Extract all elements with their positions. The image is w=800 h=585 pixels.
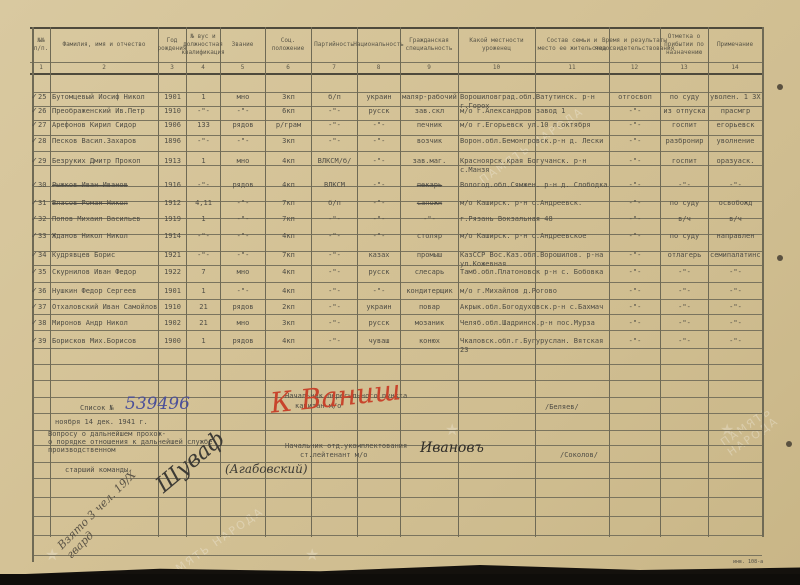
table-cell-social: 7кп xyxy=(267,199,310,208)
table-cell-social: 4кп xyxy=(267,181,310,190)
table-cell-n: 35 xyxy=(38,268,52,277)
table-cell-nat: русск xyxy=(359,319,399,328)
table-cell-med: -"- xyxy=(611,215,659,224)
table-cell-spec: сапожн xyxy=(402,199,457,208)
table-cell-note: в/ч xyxy=(710,215,761,224)
column-header: Звание xyxy=(221,30,264,60)
check-mark-icon: ✓ xyxy=(31,302,38,311)
table-cell-name: Безруких Дмитр Прокоп xyxy=(52,157,157,166)
table-cell-vus: -"- xyxy=(188,251,219,260)
column-line xyxy=(762,27,764,537)
table-cell-n: 26 xyxy=(38,107,52,116)
check-mark-icon: ✓ xyxy=(31,318,38,327)
table-cell-origin: м/о Каширск. р-н с.Андреевск. xyxy=(460,199,608,208)
table-cell-vus: 7 xyxy=(188,268,219,277)
table-cell-year: 1901 xyxy=(160,287,185,296)
table-cell-note: -"- xyxy=(710,268,761,277)
table-cell-year: 1914 xyxy=(160,232,185,241)
table-cell-name: Жданов Никол Никол xyxy=(52,232,157,241)
column-number: 4 xyxy=(187,64,219,71)
table-cell-year: 1896 xyxy=(160,137,185,146)
table-cell-year: 1913 xyxy=(160,157,185,166)
check-mark-icon: ✓ xyxy=(31,336,38,345)
table-cell-nat: русск xyxy=(359,268,399,277)
column-line xyxy=(158,27,159,537)
row-line xyxy=(32,265,762,266)
row-line xyxy=(32,462,762,463)
table-cell-arrival: госпит xyxy=(662,157,707,166)
column-number: 1 xyxy=(33,64,49,71)
table-cell-med: -"- xyxy=(611,251,659,260)
column-header: Партийность xyxy=(312,30,356,60)
table-cell-social: 3кп xyxy=(267,319,310,328)
table-cell-nat: украин xyxy=(359,93,399,102)
table-cell-nat: -"- xyxy=(359,137,399,146)
table-cell-rank: рядов xyxy=(222,337,264,346)
table-cell-n: 37 xyxy=(38,303,52,312)
table-cell-vus: 21 xyxy=(188,303,219,312)
table-cell-spec: слесарь xyxy=(402,268,457,277)
column-number: 9 xyxy=(401,64,457,71)
table-cell-spec: -"- xyxy=(402,215,457,224)
table-cell-n: 39 xyxy=(38,337,52,346)
center-title: ст.лейтенант м/о xyxy=(300,451,367,460)
row-line xyxy=(32,282,762,283)
table-cell-spec: маляр-рабочий xyxy=(402,93,457,102)
table-cell-arrival: -"- xyxy=(662,337,707,346)
column-number: 10 xyxy=(459,64,534,71)
table-cell-rank: -"- xyxy=(222,215,264,224)
row-line xyxy=(32,535,762,536)
column-line xyxy=(400,27,401,537)
table-cell-vus: 1 xyxy=(188,215,219,224)
table-cell-social: 7кп xyxy=(267,251,310,260)
table-cell-rank: -"- xyxy=(222,137,264,146)
table-cell-rank: рядов xyxy=(222,121,264,130)
table-cell-n: 30 xyxy=(38,181,52,190)
table-cell-arrival: по суду xyxy=(662,93,707,102)
header-divider xyxy=(30,73,762,75)
table-cell-origin: Челяб.обл.Шадринск.р-н пос.Мурза xyxy=(460,319,608,328)
document-sheet: ПАМЯТЬ НАРОДА ПАМЯТЬ НАРОДА ПАМЯТЬ НАРОД… xyxy=(0,0,800,574)
table-cell-rank: рядов xyxy=(222,303,264,312)
table-cell-med: -"- xyxy=(611,337,659,346)
row-line xyxy=(32,555,762,556)
table-cell-name: Преображенский Ив.Петр xyxy=(52,107,157,116)
check-mark-icon: ✓ xyxy=(31,214,38,223)
table-cell-n: 38 xyxy=(38,319,52,328)
table-cell-name: Попов Михаил Васильев xyxy=(52,215,157,224)
table-cell-n: 28 xyxy=(38,137,52,146)
column-header: Отметка о прибытии по назначению xyxy=(661,30,707,60)
column-line xyxy=(458,27,459,537)
table-cell-name: Арефонов Кирил Сидор xyxy=(52,121,157,130)
table-cell-note: уволнение xyxy=(710,137,761,146)
table-cell-social: 6кп xyxy=(267,107,310,116)
table-cell-party: -"- xyxy=(313,137,356,146)
table-cell-arrival: -"- xyxy=(662,181,707,190)
table-cell-nat: -"- xyxy=(359,121,399,130)
table-cell-n: 25 xyxy=(38,93,52,102)
table-cell-nat: украин xyxy=(359,303,399,312)
row-line xyxy=(32,364,762,365)
table-cell-nat: -"- xyxy=(359,232,399,241)
table-cell-name: Рыжков Иван Иванов xyxy=(52,181,157,190)
table-cell-origin: г.Рязань Вокзальная 48 xyxy=(460,215,608,224)
table-cell-social: 3кп xyxy=(267,93,310,102)
table-cell-party: -"- xyxy=(313,337,356,346)
column-number: 13 xyxy=(661,64,707,71)
table-cell-nat: чуваш xyxy=(359,337,399,346)
table-cell-year: 1922 xyxy=(160,268,185,277)
punch-hole xyxy=(786,441,792,447)
table-cell-vus: 1 xyxy=(188,157,219,166)
check-mark-icon: ✓ xyxy=(31,198,38,207)
check-mark-icon: ✓ xyxy=(31,156,38,165)
table-cell-spec: зав.скл xyxy=(402,107,457,116)
table-cell-rank: мно xyxy=(222,93,264,102)
column-header: Примечание xyxy=(709,30,761,60)
table-cell-origin: м/о г.Александров завод 1 xyxy=(460,107,608,116)
column-line xyxy=(265,27,266,537)
table-cell-spec: мозаник xyxy=(402,319,457,328)
column-header: № вус и должностная квалификация xyxy=(187,30,219,60)
table-cell-name: Бутомцевый Иосиф Никол xyxy=(52,93,157,102)
table-cell-party: -"- xyxy=(313,215,356,224)
list-label: Список № xyxy=(80,404,114,413)
table-cell-rank: -"- xyxy=(222,251,264,260)
table-cell-spec: возчик xyxy=(402,137,457,146)
table-cell-party: -"- xyxy=(313,232,356,241)
punch-hole xyxy=(777,84,783,90)
check-mark-icon: ✓ xyxy=(31,267,38,276)
date-line: ноября 14 дек. 1941 г. xyxy=(55,418,148,427)
table-cell-vus: 4,11 xyxy=(188,199,219,208)
table-cell-rank: мно xyxy=(222,157,264,166)
table-cell-name: Власов Роман Никол xyxy=(52,199,157,208)
table-cell-name: Отхаловский Иван Самойлов xyxy=(52,303,157,312)
table-cell-social: 2кп xyxy=(267,303,310,312)
signer-name: (Агабовский) xyxy=(225,462,308,476)
table-cell-spec: зав.маг. xyxy=(402,157,457,166)
table-cell-spec: кондитерщик xyxy=(402,287,457,296)
table-cell-social: 4кп xyxy=(267,268,310,277)
table-cell-party: ВЛКСМ xyxy=(313,181,356,190)
table-cell-vus: 1 xyxy=(188,287,219,296)
table-cell-name: Миронов Андр Никол xyxy=(52,319,157,328)
table-cell-year: 1902 xyxy=(160,319,185,328)
column-number: 14 xyxy=(709,64,761,71)
table-cell-origin: м/о Каширск. р-н с.Андреевское xyxy=(460,232,608,241)
table-cell-nat: казах xyxy=(359,251,399,260)
table-cell-origin: Тамб.обл.Платоновск р-н с. Бобовка xyxy=(460,268,608,277)
table-cell-party: б/п xyxy=(313,199,356,208)
table-cell-note: семипалатинск xyxy=(710,251,761,260)
table-cell-name: Кудрявцев Борис xyxy=(52,251,157,260)
table-cell-rank: -"- xyxy=(222,199,264,208)
table-cell-med: -"- xyxy=(611,157,659,166)
column-number: 6 xyxy=(266,64,310,71)
column-line xyxy=(708,27,709,537)
table-cell-name: Скурнилов Иван Федор xyxy=(52,268,157,277)
table-cell-note: -"- xyxy=(710,287,761,296)
table-cell-year: 1916 xyxy=(160,181,185,190)
table-cell-vus: 1 xyxy=(188,93,219,102)
column-number: 5 xyxy=(221,64,264,71)
table-cell-social: р/грам xyxy=(267,121,310,130)
row-line xyxy=(32,516,762,517)
table-cell-year: 1900 xyxy=(160,337,185,346)
table-cell-rank: -"- xyxy=(222,107,264,116)
table-cell-note: -"- xyxy=(710,337,761,346)
table-cell-social: 4кп xyxy=(267,337,310,346)
table-cell-nat: -"- xyxy=(359,181,399,190)
table-cell-origin: м/о г.Егорьевск ул.10 л.октября xyxy=(460,121,608,130)
row-line xyxy=(32,330,762,331)
column-number: 12 xyxy=(610,64,659,71)
table-cell-nat: -"- xyxy=(359,287,399,296)
table-cell-med: -"- xyxy=(611,287,659,296)
column-line xyxy=(311,27,312,537)
table-cell-note: прасмгр xyxy=(710,107,761,116)
table-cell-n: 27 xyxy=(38,121,52,130)
table-cell-rank: мно xyxy=(222,319,264,328)
row-line xyxy=(32,348,762,349)
column-number: 8 xyxy=(358,64,399,71)
table-cell-arrival: госпит xyxy=(662,121,707,130)
table-cell-spec: столяр xyxy=(402,232,457,241)
column-header: №№ п/п. xyxy=(33,30,49,60)
table-cell-arrival: отлагерь xyxy=(662,251,707,260)
table-cell-spec: промыш xyxy=(402,251,457,260)
table-cell-note: направлен xyxy=(710,232,761,241)
table-cell-med: -"- xyxy=(611,107,659,116)
table-cell-vus: -"- xyxy=(188,107,219,116)
table-cell-note: оразуаск. xyxy=(710,157,761,166)
table-cell-year: 1906 xyxy=(160,121,185,130)
table-cell-vus: 133 xyxy=(188,121,219,130)
column-header: Национальность xyxy=(358,30,399,60)
table-cell-spec: повар xyxy=(402,303,457,312)
table-cell-arrival: -"- xyxy=(662,287,707,296)
table-cell-party: -"- xyxy=(313,319,356,328)
center-signer: /Соколов/ xyxy=(560,451,598,460)
column-line xyxy=(50,27,51,537)
table-cell-party: -"- xyxy=(313,268,356,277)
table-cell-nat: -"- xyxy=(359,199,399,208)
table-cell-n: 29 xyxy=(38,157,52,166)
table-cell-rank: -"- xyxy=(222,287,264,296)
table-cell-med: -"- xyxy=(611,232,659,241)
table-cell-party: б/п xyxy=(313,93,356,102)
table-cell-party: -"- xyxy=(313,287,356,296)
check-mark-icon: ✓ xyxy=(31,120,38,129)
table-cell-med: -"- xyxy=(611,268,659,277)
table-cell-arrival: по суду xyxy=(662,199,707,208)
table-cell-med: -"- xyxy=(611,199,659,208)
row-line xyxy=(32,135,762,136)
table-cell-origin: Красноярск.края Богучанск. р-н с.Манзя xyxy=(460,157,608,175)
table-cell-origin: КазССР Вос.Каз.обл.Ворошилов. р-на ул.Ко… xyxy=(460,251,608,269)
table-cell-social: 4кп xyxy=(267,157,310,166)
form-code: инв. 108-а xyxy=(733,558,763,567)
table-cell-social: 7кп xyxy=(267,215,310,224)
table-cell-n: 36 xyxy=(38,287,52,296)
check-mark-icon: ✓ xyxy=(31,231,38,240)
column-number: 2 xyxy=(51,64,157,71)
column-header: Соц. положение xyxy=(266,30,310,60)
table-cell-party: -"- xyxy=(313,121,356,130)
instruction-line: производственном xyxy=(48,446,115,455)
check-mark-icon: ✓ xyxy=(31,92,38,101)
row-line xyxy=(32,299,762,300)
table-cell-nat: русск xyxy=(359,107,399,116)
table-cell-rank: рядов xyxy=(222,181,264,190)
check-mark-icon: ✓ xyxy=(31,250,38,259)
table-cell-arrival: -"- xyxy=(662,319,707,328)
table-cell-year: 1912 xyxy=(160,199,185,208)
table-cell-vus: -"- xyxy=(188,232,219,241)
table-cell-origin: Ворон.обл.Бемонгровск.р-н д. Лески xyxy=(460,137,608,146)
column-number: 3 xyxy=(159,64,185,71)
table-cell-vus: 1 xyxy=(188,337,219,346)
table-cell-spec: пекарь xyxy=(402,181,457,190)
column-number: 7 xyxy=(312,64,356,71)
table-cell-med: -"- xyxy=(611,319,659,328)
table-cell-social: 4кп xyxy=(267,287,310,296)
check-mark-icon: ✓ xyxy=(31,106,38,115)
table-cell-rank: мно xyxy=(222,268,264,277)
row-line xyxy=(32,497,762,498)
column-header: Какой местности уроженец xyxy=(459,30,534,60)
row-line xyxy=(32,314,762,315)
column-header: Фамилия, имя и отчество xyxy=(51,30,157,60)
table-cell-med: -"- xyxy=(611,137,659,146)
table-cell-origin: Чкаловск.обл.г.Бугуруслан. Вятская 23 xyxy=(460,337,608,355)
table-cell-note: уволен. 1 ЗХ 1 xyxy=(710,93,761,102)
table-cell-name: Борисков Мих.Борисов xyxy=(52,337,157,346)
table-cell-med: -"- xyxy=(611,303,659,312)
table-cell-med: отгосвоп xyxy=(611,93,659,102)
table-cell-note: освобожд xyxy=(710,199,761,208)
handwritten-note: Взято 3 чел. 19/Х гвард xyxy=(55,465,151,561)
table-cell-party: -"- xyxy=(313,303,356,312)
table-cell-nat: -"- xyxy=(359,215,399,224)
table-cell-year: 1919 xyxy=(160,215,185,224)
check-mark-icon: ✓ xyxy=(31,136,38,145)
center-signer: /Беляев/ xyxy=(545,403,579,412)
table-cell-social: 4кп xyxy=(267,232,310,241)
table-cell-social: 3кп xyxy=(267,137,310,146)
punch-hole xyxy=(777,255,783,261)
signature: Ивановъ xyxy=(420,440,484,456)
table-cell-party: -"- xyxy=(313,107,356,116)
list-number: 539496 xyxy=(125,394,190,414)
table-cell-origin: Вологод.обл.Сямжен. р-н д. Слободка xyxy=(460,181,608,190)
row-line xyxy=(32,151,762,152)
table-cell-vus: -"- xyxy=(188,181,219,190)
table-cell-year: 1910 xyxy=(160,107,185,116)
column-line xyxy=(660,27,661,537)
table-cell-year: 1921 xyxy=(160,251,185,260)
table-cell-med: -"- xyxy=(611,181,659,190)
table-cell-note: егорьевск xyxy=(710,121,761,130)
table-cell-n: 32 xyxy=(38,215,52,224)
column-number: 11 xyxy=(536,64,608,71)
table-cell-arrival: в/ч xyxy=(662,215,707,224)
table-cell-arrival: из отпуска xyxy=(662,107,707,116)
check-mark-icon: ✓ xyxy=(31,286,38,295)
center-title: Начальник отд.укомплектования xyxy=(285,442,407,451)
signer-title: старший команды xyxy=(65,466,128,475)
table-cell-spec: конюх xyxy=(402,337,457,346)
table-cell-year: 1901 xyxy=(160,93,185,102)
table-cell-name: Нушкин Федор Сергеев xyxy=(52,287,157,296)
table-cell-rank: -"- xyxy=(222,232,264,241)
table-border xyxy=(30,27,762,29)
table-cell-vus: -"- xyxy=(188,137,219,146)
table-cell-note: -"- xyxy=(710,181,761,190)
table-cell-origin: Акрык.обл.Богодуховск.р-н с.Бахмач xyxy=(460,303,608,312)
table-cell-party: -"- xyxy=(313,251,356,260)
column-line xyxy=(609,27,610,537)
table-cell-year: 1910 xyxy=(160,303,185,312)
table-cell-party: ВЛКСМ/б/ xyxy=(313,157,356,166)
header-divider xyxy=(30,62,762,63)
table-cell-n: 31 xyxy=(38,199,52,208)
watermark: ПАМЯТЬ НАРОДА xyxy=(702,393,798,470)
table-cell-origin: м/о г.Михайлов д.Рогово xyxy=(460,287,608,296)
table-cell-note: -"- xyxy=(710,319,761,328)
table-cell-n: 33 xyxy=(38,232,52,241)
table-cell-n: 34 xyxy=(38,251,52,260)
table-cell-arrival: по суду xyxy=(662,232,707,241)
table-cell-arrival: разбронир xyxy=(662,137,707,146)
table-cell-arrival: -"- xyxy=(662,268,707,277)
table-cell-arrival: -"- xyxy=(662,303,707,312)
table-cell-name: Песков Васил.Захаров xyxy=(52,137,157,146)
table-cell-med: -"- xyxy=(611,121,659,130)
table-cell-note: -"- xyxy=(710,303,761,312)
column-header: Гражданская специальность xyxy=(401,30,457,60)
column-header: Время и результаты медосвидетельствовани… xyxy=(610,30,659,60)
table-cell-vus: 21 xyxy=(188,319,219,328)
check-mark-icon: ✓ xyxy=(31,180,38,189)
column-line xyxy=(220,27,221,537)
table-cell-nat: -"- xyxy=(359,157,399,166)
table-cell-spec: печник xyxy=(402,121,457,130)
column-line xyxy=(357,27,358,537)
